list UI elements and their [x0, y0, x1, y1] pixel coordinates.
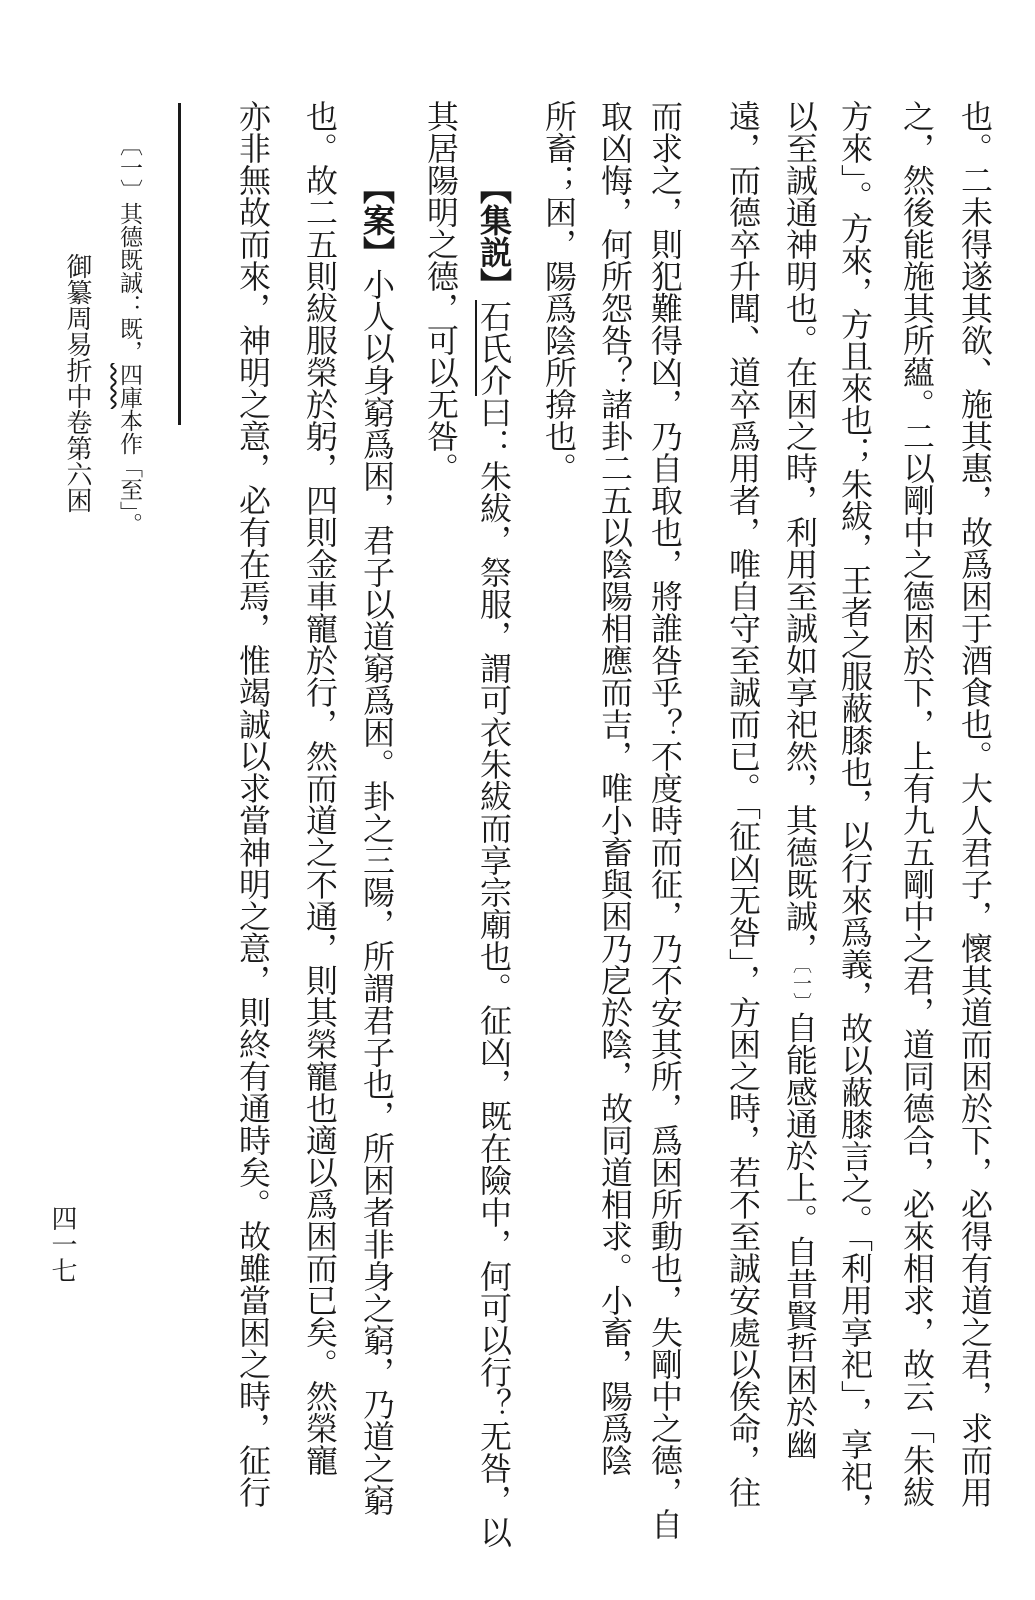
column-text: 亦非無故而來，神明之意，必有在焉，惟竭誠以求當神明之意，則終有通時矣。故雖當困之…	[235, 100, 271, 1508]
column-text: 所畜；困，陽爲陰所揜也。	[541, 100, 577, 484]
column-text: 方來」。方來，方且來也；朱紱，王者之服蔽膝也，以行來爲義，故以蔽膝言之。「利用享…	[837, 100, 873, 1524]
section-label-an: 【案】	[359, 172, 395, 268]
column-text: 也。故二五則紱服榮於躬，四則金車寵於行，然而道之不通，則其榮寵也適以爲困而已矣。…	[302, 100, 338, 1476]
text-column-2: 之，然後能施其所蘊。二以剛中之德困於下，上有九五剛中之君，道同德合，必來相求，故…	[901, 100, 933, 1508]
text-column-13: 亦非無故而來，神明之意，必有在焉，惟竭誠以求當神明之意，則終有通時矣。故雖當困之…	[237, 100, 269, 1508]
text-column-9-collected-explanations: 【集説】石氏介曰：朱紱，祭服，謂可衣朱紱而享宗廟也。征凶，既在險中，何可以行？无…	[478, 172, 510, 1548]
book-name-siku: 四庫	[117, 363, 142, 409]
column-text: 自能感通於上。自昔賢哲困於幽	[782, 1012, 818, 1460]
column-text: 而求之，則犯難得凶，乃自取也，將誰咎乎？不度時而征，乃不安其所，爲困所動也，失剛…	[647, 100, 683, 1540]
column-text: 也。二未得遂其欲、施其惠，故爲困于酒食也。大人君子，懷其道而困於下，必得有道之君…	[957, 100, 993, 1508]
book-page: 也。二未得遂其欲、施其惠，故爲困于酒食也。大人君子，懷其道而困於下，必得有道之君…	[0, 0, 1035, 1600]
text-column-11-case-note: 【案】小人以身窮爲困，君子以道窮爲困。卦之三陽，所謂君子也，所困者非身之窮，乃道…	[361, 172, 393, 1516]
section-label-jishuo: 【集説】	[476, 172, 512, 300]
column-text: 小人以身窮爲困，君子以道窮爲困。卦之三陽，所謂君子也，所困者非身之窮，乃道之窮	[359, 268, 395, 1516]
text-column-4: 以至誠通神明也。在困之時，利用至誠如享祀然，其德既誠，〔一〕自能感通於上。自昔賢…	[784, 100, 816, 1460]
text-column-10: 其居陽明之德，可以无咎。	[425, 100, 457, 484]
proper-name-shi-shi-jie: 石氏介	[476, 300, 512, 396]
text-column-7: 取凶悔，何所怨咎？諸卦二五以陰陽相應而吉，唯小畜與困乃戹於陰，故同道相求。小畜，…	[599, 100, 631, 1476]
text-column-5: 遠，而德卒升聞、道卒爲用者，唯自守至誠而已。「征凶无咎」，方困之時，若不至誠安處…	[727, 100, 759, 1508]
column-text: 以至誠通神明也。在困之時，利用至誠如享祀然，其德既誠，	[782, 100, 818, 964]
chapter-name: 困	[63, 487, 92, 513]
column-text: 之，然後能施其所蘊。二以剛中之德困於下，上有九五剛中之君，道同德合，必來相求，故…	[899, 100, 935, 1508]
book-title: 御纂周易折中卷第六	[63, 253, 92, 487]
footnote-column: 〔一〕其德既誠：既，四庫本作「至」。	[118, 133, 141, 536]
footnote-reference-mark: 〔一〕	[790, 964, 811, 1012]
column-text: 曰：朱紱，祭服，謂可衣朱紱而享宗廟也。征凶，既在險中，何可以行？无咎，以	[476, 396, 512, 1548]
text-column-1: 也。二未得遂其欲、施其惠，故爲困于酒食也。大人君子，懷其道而困於下，必得有道之君…	[959, 100, 991, 1508]
text-column-12: 也。故二五則紱服榮於躬，四則金車寵於行，然而道之不通，則其榮寵也適以爲困而已矣。…	[304, 100, 336, 1476]
column-text: 遠，而德卒升聞、道卒爲用者，唯自守至誠而已。「征凶无咎」，方困之時，若不至誠安處…	[725, 100, 761, 1508]
text-column-6: 而求之，則犯難得凶，乃自取也，將誰咎乎？不度時而征，乃不安其所，爲困所動也，失剛…	[649, 100, 681, 1540]
footnote-separator-rule	[178, 103, 181, 425]
page-number: 四一七	[49, 1205, 75, 1283]
footnote-text: 〔一〕其德既誠：既，	[117, 133, 142, 363]
book-title-column: 御纂周易折中卷第六困	[64, 253, 90, 513]
page-number-text: 四一七	[48, 1205, 77, 1283]
text-column-8: 所畜；困，陽爲陰所揜也。	[543, 100, 575, 484]
footnote-text: 本作「至」。	[117, 409, 142, 536]
column-text: 其居陽明之德，可以无咎。	[423, 100, 459, 484]
text-column-3: 方來」。方來，方且來也；朱紱，王者之服蔽膝也，以行來爲義，故以蔽膝言之。「利用享…	[839, 100, 871, 1524]
column-text: 取凶悔，何所怨咎？諸卦二五以陰陽相應而吉，唯小畜與困乃戹於陰，故同道相求。小畜，…	[597, 100, 633, 1476]
